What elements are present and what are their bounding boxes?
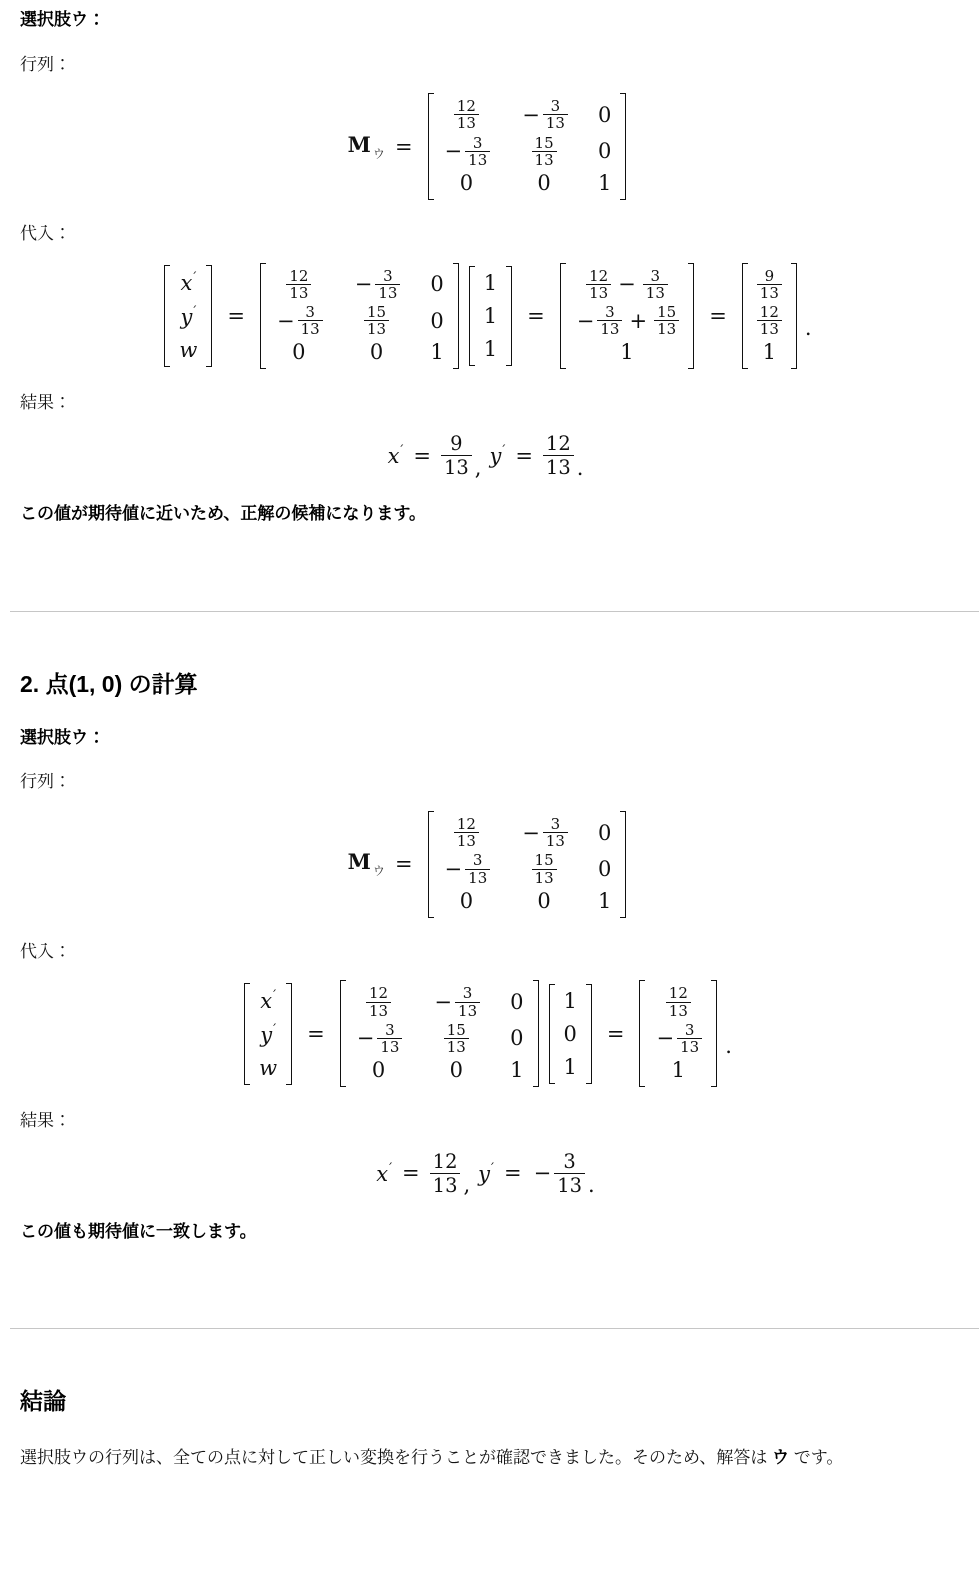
matrix-label-2: 行列： — [20, 770, 959, 795]
substitution-equation-2: x′y′w=1213−3130−31315130001101=1213−3131… — [20, 980, 959, 1087]
substitution-label-2: 代入： — [20, 940, 959, 965]
conclusion-text-before: 選択肢ウの行列は、全ての点に対して正しい変換を行うことが確認できました。そのため… — [20, 1448, 772, 1467]
point2-heading: 2. 点(1, 0) の計算 — [20, 668, 959, 700]
note-2: この値も期待値に一致します。 — [20, 1219, 959, 1245]
note-1: この値が期待値に近いため、正解の候補になります。 — [20, 501, 959, 527]
matrix-definition-equation-2: Mウ=1213−3130−31315130001 — [20, 811, 959, 918]
choice-label-2: 選択肢ウ： — [20, 726, 959, 751]
section-divider-1 — [10, 611, 979, 612]
matrix-definition-equation-1: Mウ=1213−3130−31315130001 — [20, 93, 959, 200]
substitution-label-1: 代入： — [20, 222, 959, 247]
math-solution-document: 選択肢ウ： 行列： Mウ=1213−3130−31315130001 代入： x… — [20, 8, 959, 1471]
result-equation-2: x′=1213,y′=−313. — [20, 1150, 959, 1197]
result-label-1: 結果： — [20, 391, 959, 416]
result-label-2: 結果： — [20, 1109, 959, 1134]
result-equation-1: x′=913,y′=1213. — [20, 432, 959, 479]
section-divider-2 — [10, 1328, 979, 1329]
substitution-equation-1: x′y′w=1213−3130−31315130001111=1213−313−… — [20, 263, 959, 370]
conclusion-text-after: です。 — [789, 1448, 843, 1467]
conclusion-answer: ウ — [772, 1448, 789, 1467]
choice-label-1: 選択肢ウ： — [20, 8, 959, 33]
conclusion-heading: 結論 — [20, 1385, 959, 1417]
matrix-label-1: 行列： — [20, 53, 959, 78]
conclusion-paragraph: 選択肢ウの行列は、全ての点に対して正しい変換を行うことが確認できました。そのため… — [20, 1444, 959, 1471]
